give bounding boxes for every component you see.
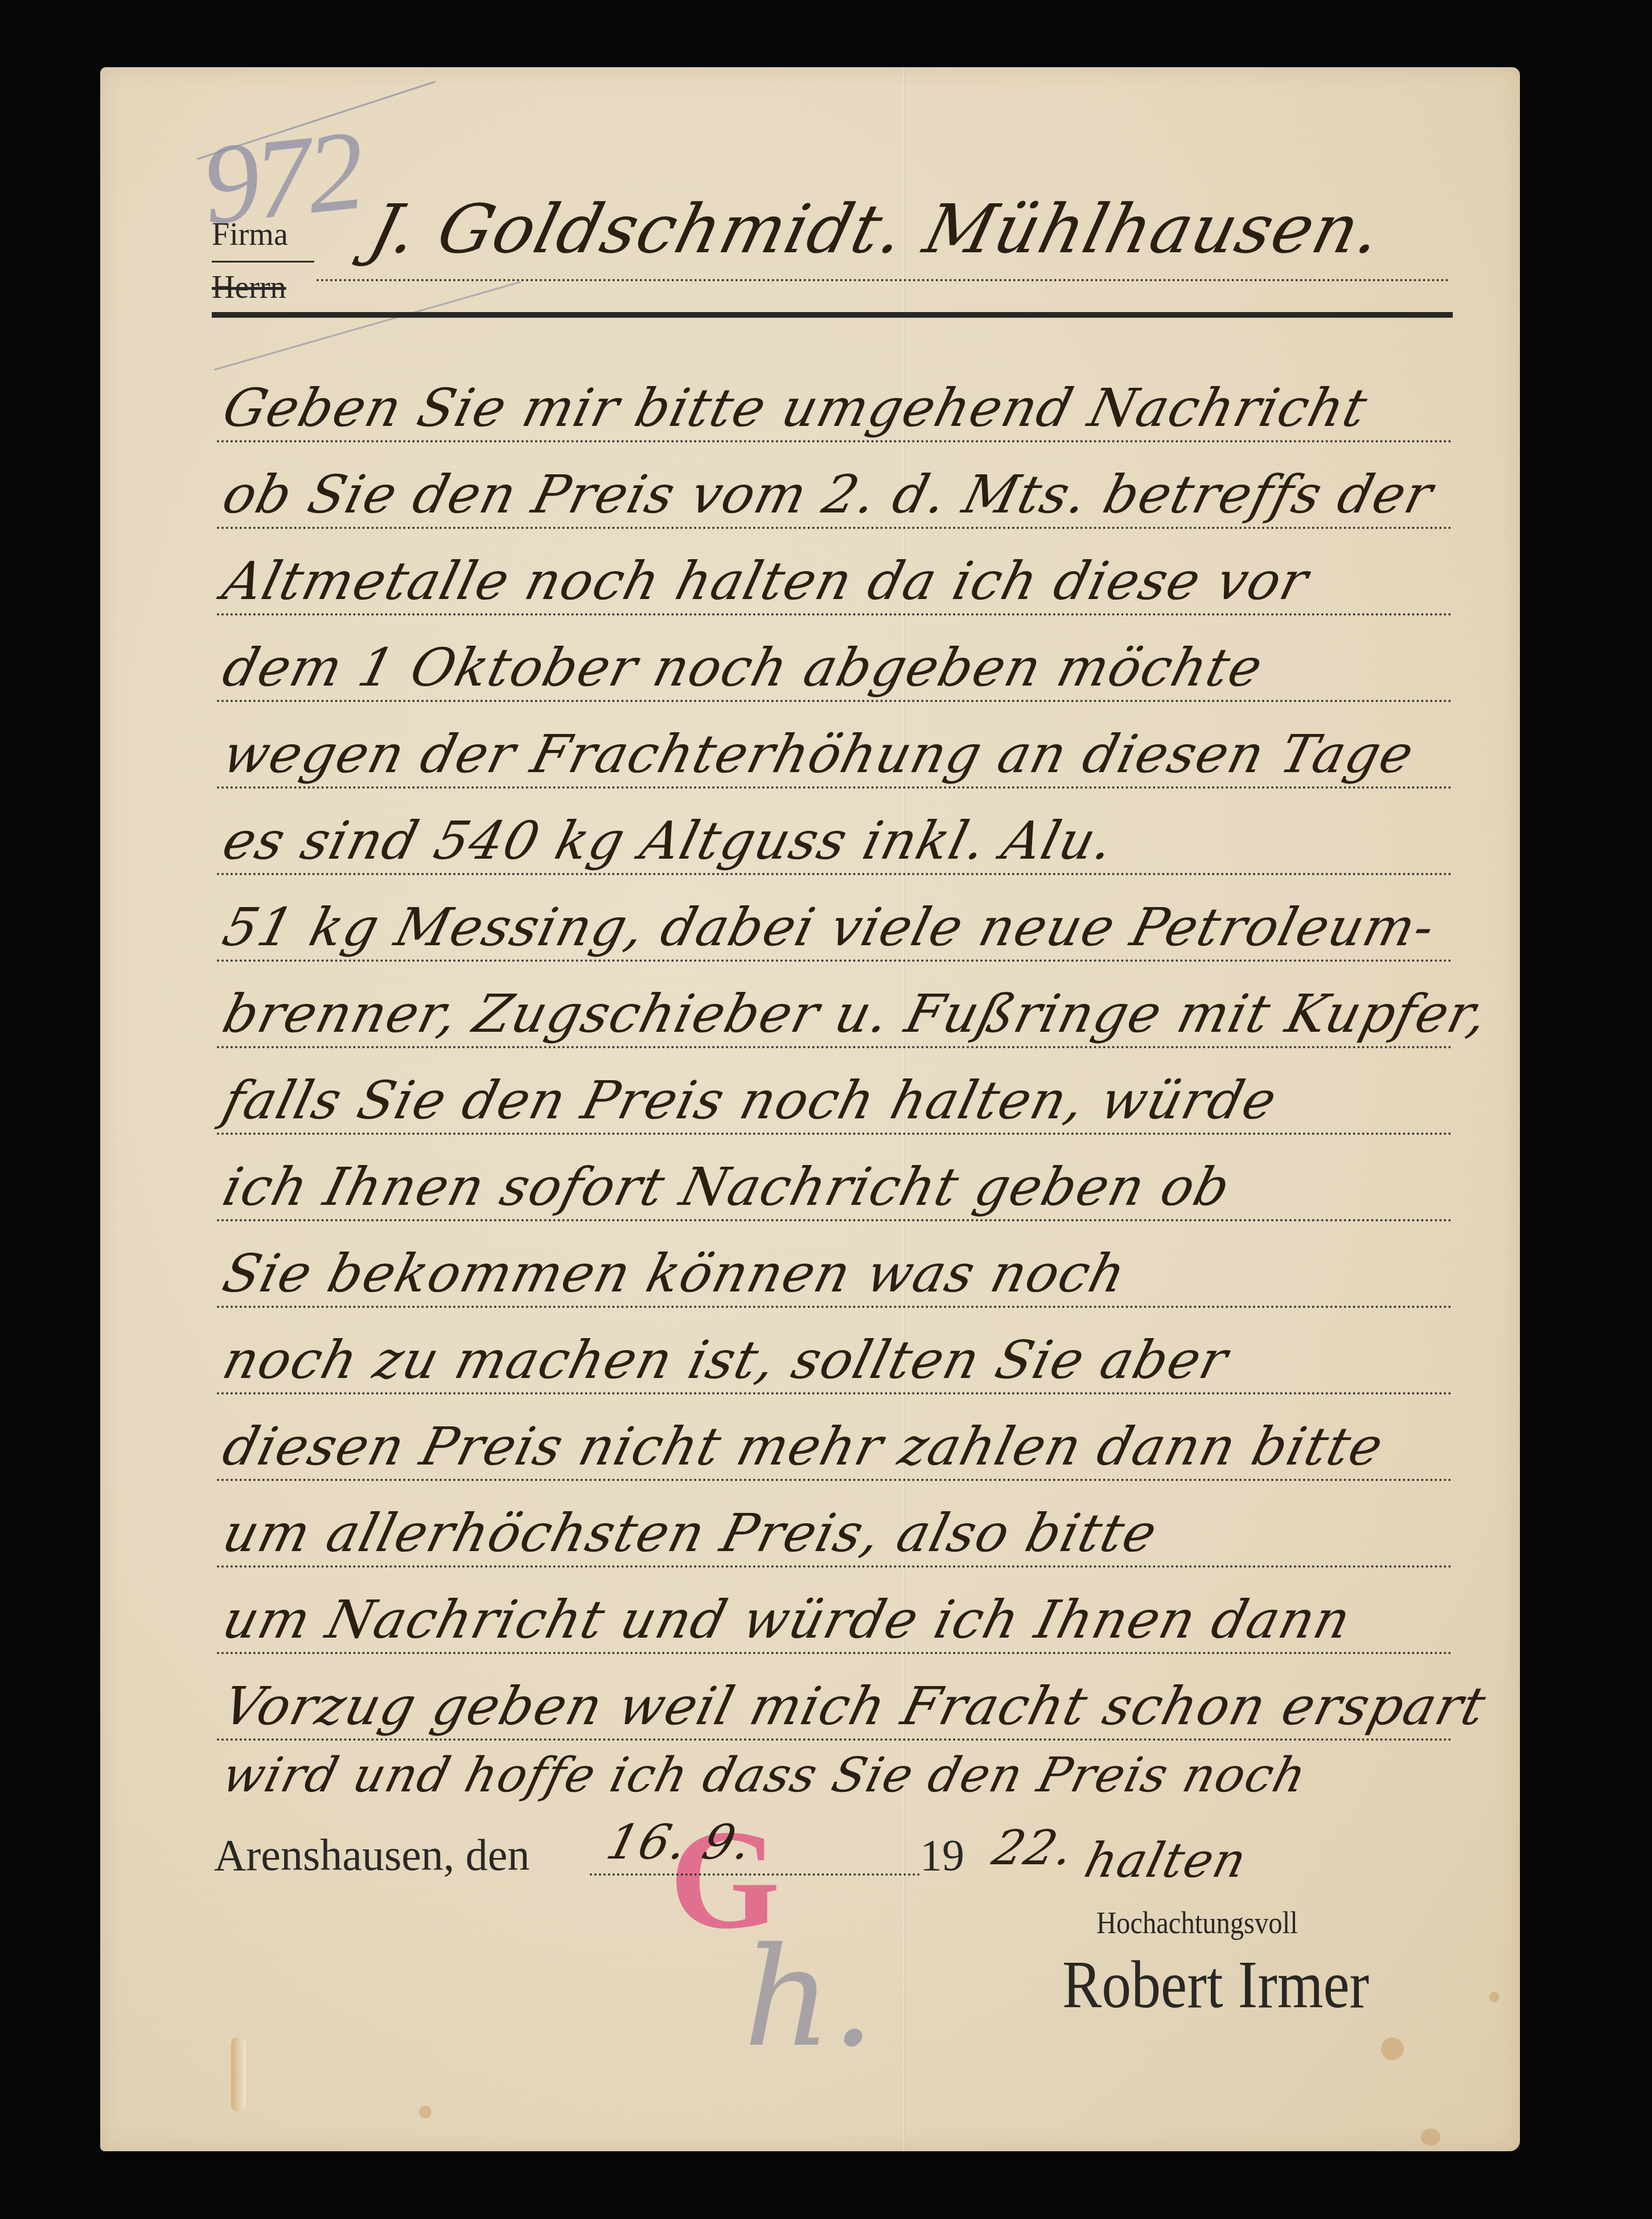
ruled-dotted-line — [217, 786, 1452, 789]
letter-card: 972 Firma Herrn J. Goldschmidt. Mühlhaus… — [100, 67, 1520, 2151]
body-line: falls Sie den Preis noch halten, würde — [217, 1070, 1284, 1131]
ruled-dotted-line — [217, 613, 1452, 616]
foxing-spot — [419, 2106, 432, 2118]
body-line: Geben Sie mir bitte umgehend Nachricht — [217, 378, 1374, 438]
body-line: Sie bekommen können was noch — [217, 1243, 1133, 1304]
recipient-dotted-line — [317, 279, 1449, 281]
body-line: es sind 540 kg Altguss inkl. Alu. — [217, 810, 1121, 871]
body-line: um allerhöchsten Preis, also bitte — [217, 1503, 1164, 1564]
year-printed-prefix: 19 — [920, 1830, 964, 1881]
body-line: ich Ihnen sofort Nachricht geben ob — [217, 1156, 1237, 1217]
ruled-dotted-line — [217, 1738, 1452, 1741]
ruled-dotted-line — [217, 700, 1452, 702]
ruled-dotted-line — [217, 440, 1452, 442]
date-dotted-line — [590, 1873, 920, 1876]
sender-name: Robert Irmer — [1062, 1946, 1369, 2024]
year-handwritten-suffix: 22. — [987, 1820, 1080, 1876]
date-day-month: 16. 9. — [601, 1814, 759, 1870]
ruled-dotted-line — [217, 1133, 1452, 1135]
ruled-dotted-line — [217, 527, 1452, 529]
foxing-spot — [1421, 2128, 1440, 2146]
ruled-dotted-line — [217, 1306, 1452, 1308]
label-firma: Firma — [212, 216, 288, 253]
body-line: brenner, Zugschieber u. Fußringe mit Kup… — [217, 983, 1495, 1044]
label-herrn: Herrn — [212, 269, 286, 306]
body-line: 51 kg Messing, dabei viele neue Petroleu… — [217, 897, 1441, 958]
ruled-dotted-line — [217, 1565, 1452, 1568]
closing-salutation: Hochachtungsvoll — [1096, 1905, 1298, 1941]
body-line: noch zu machen ist, sollten Sie aber — [217, 1330, 1235, 1391]
body-line: diesen Preis nicht mehr zahlen dann bitt… — [217, 1416, 1390, 1477]
body-line: wegen der Frachterhöhung an diesen Tage — [217, 724, 1420, 785]
ruled-dotted-line — [217, 1652, 1452, 1654]
body-line: Altmetalle noch halten da ich diese vor — [217, 551, 1315, 612]
ruled-dotted-line — [217, 1479, 1452, 1481]
body-continuation: halten — [1079, 1832, 1253, 1888]
label-divider — [212, 261, 314, 262]
ruled-dotted-line — [217, 873, 1452, 875]
body-line: dem 1 Oktober noch abgeben möchte — [217, 637, 1269, 698]
pencil-initial-mark: h. — [743, 1918, 875, 2077]
ruled-dotted-line — [217, 1219, 1452, 1221]
paper-tear — [231, 2037, 246, 2111]
foxing-spot — [1489, 1992, 1499, 2002]
recipient-address: J. Goldschmidt. Mühlhausen. — [362, 190, 1391, 268]
body-line: ob Sie den Preis vom 2. d. Mts. betreffs… — [217, 464, 1440, 525]
place-date-label: Arenshausen, den — [214, 1830, 530, 1881]
body-line: wird und hoffe ich dass Sie den Preis no… — [217, 1747, 1313, 1803]
ruled-dotted-line — [217, 1392, 1452, 1394]
body-line: um Nachricht und würde ich Ihnen dann — [217, 1589, 1358, 1650]
header-rule — [212, 312, 1453, 318]
ruled-dotted-line — [217, 959, 1452, 962]
ruled-dotted-line — [217, 1046, 1452, 1048]
foxing-spot — [1381, 2037, 1404, 2060]
body-line: Vorzug geben weil mich Fracht schon ersp… — [217, 1676, 1493, 1737]
